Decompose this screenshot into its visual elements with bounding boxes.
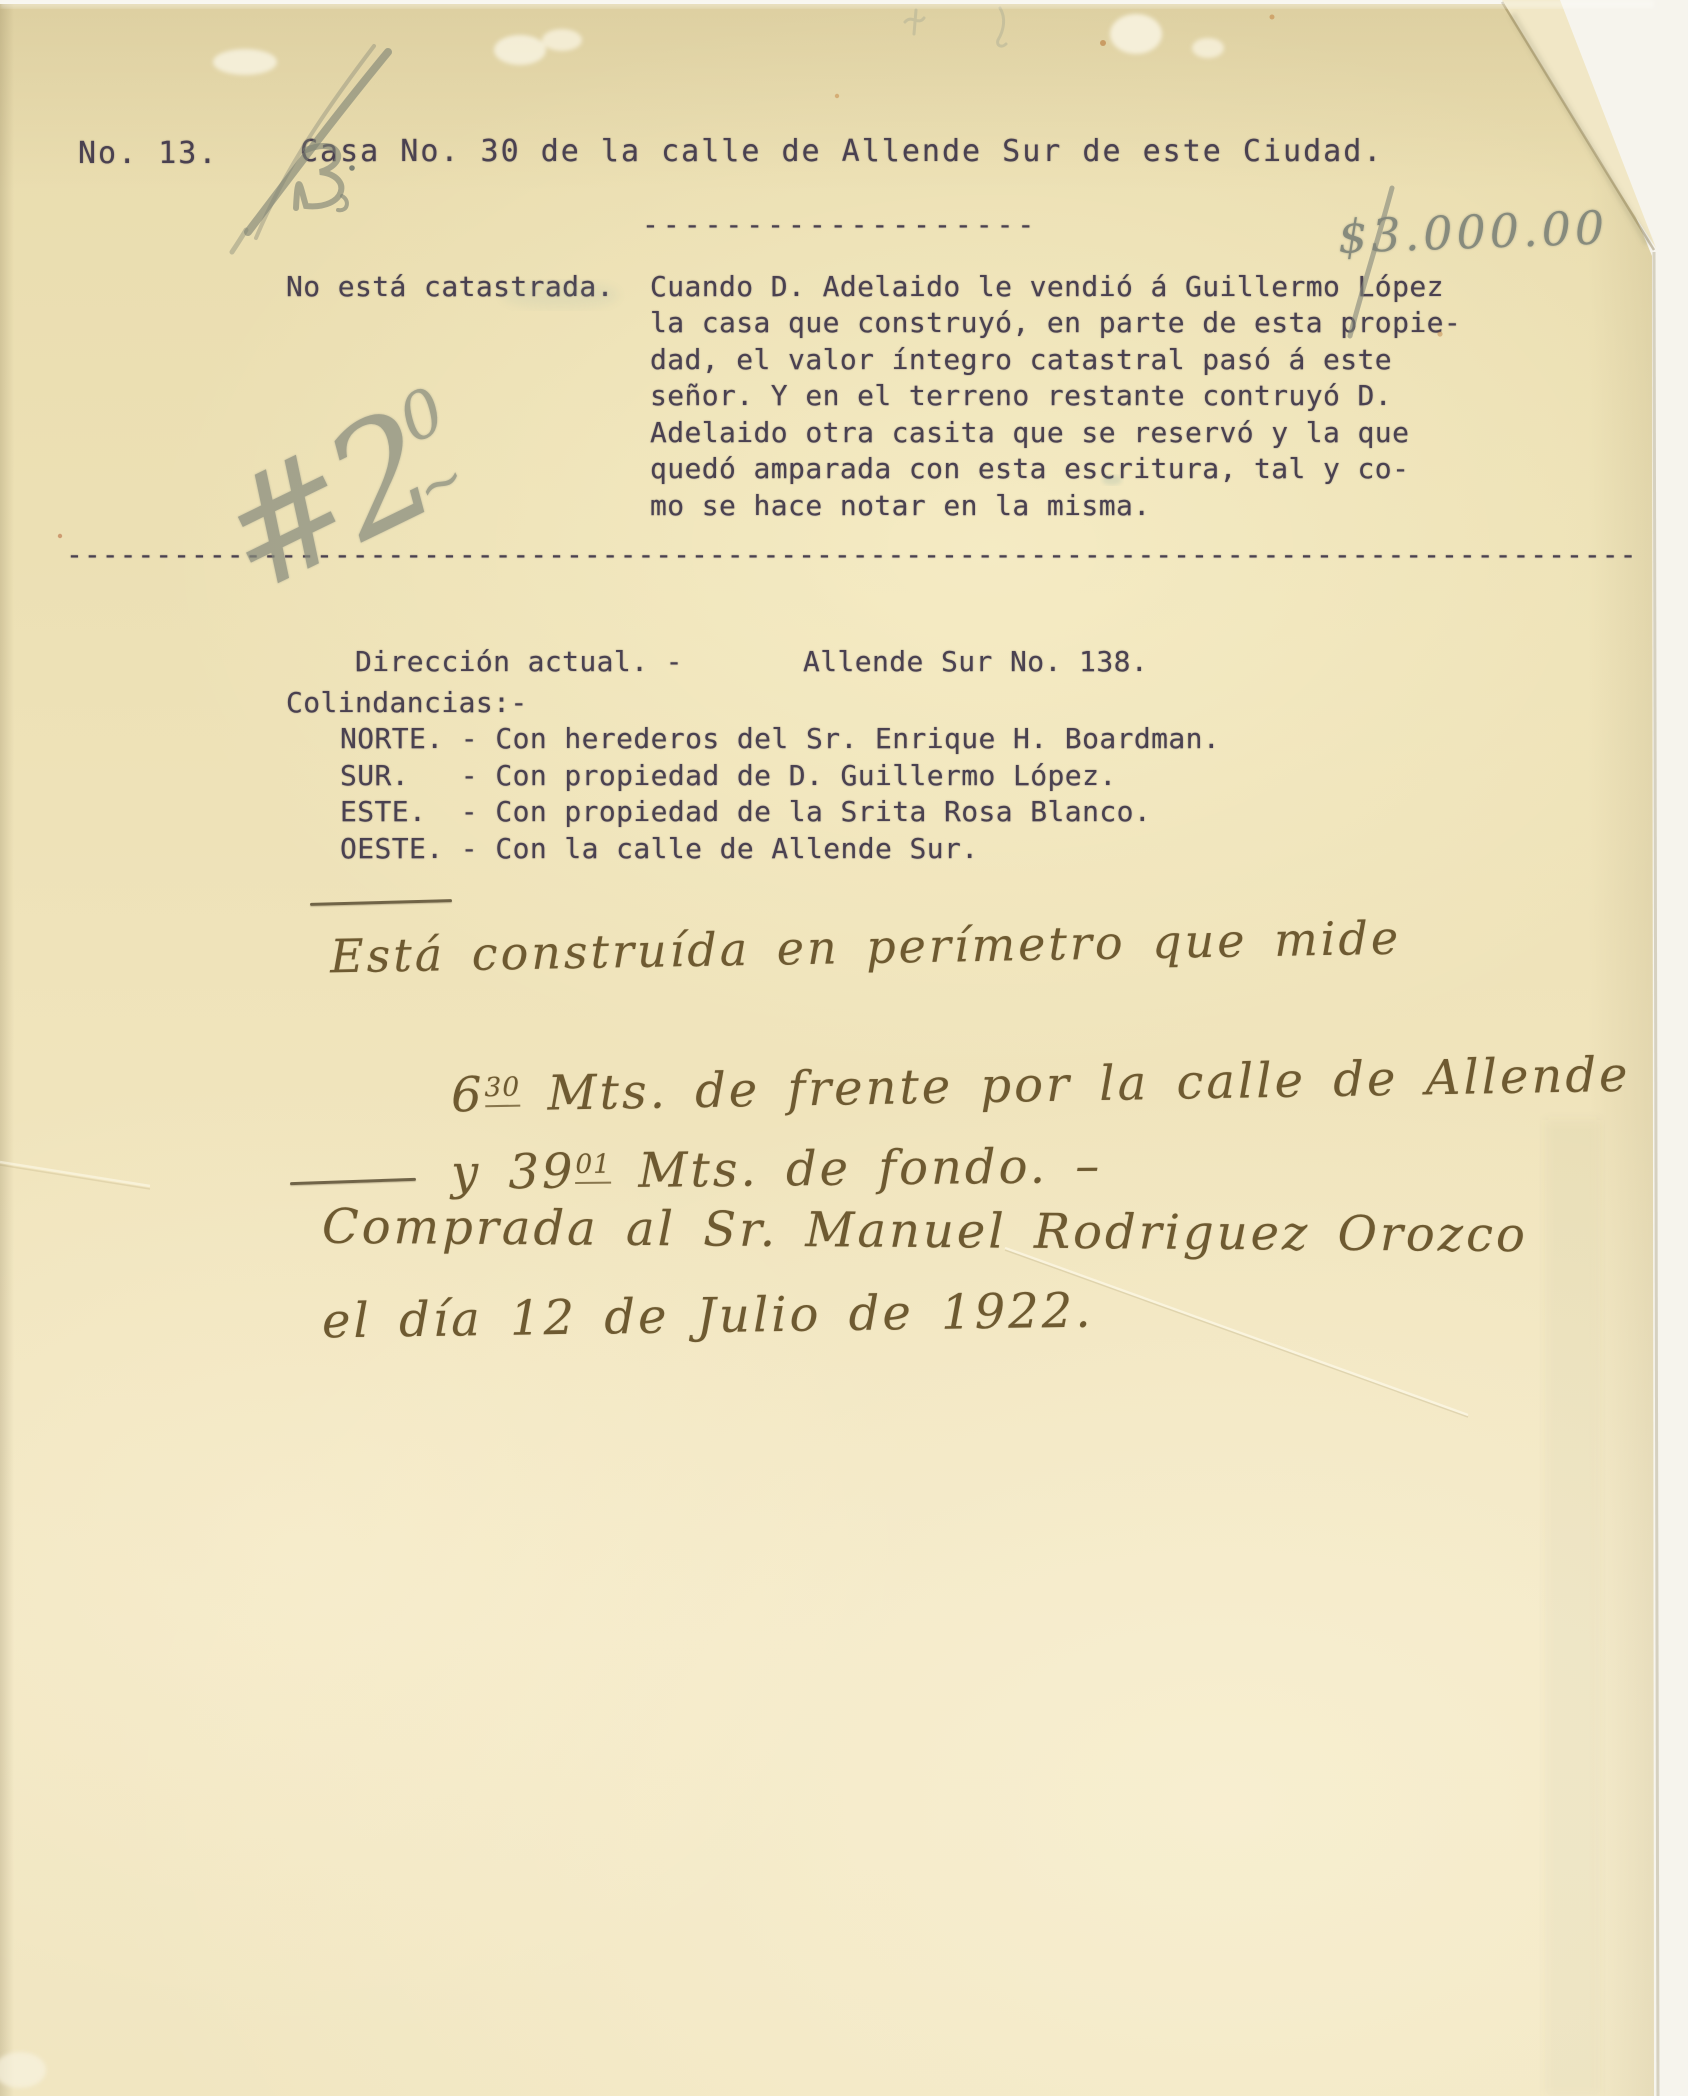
paragraph-line: quedó amparada con esta escritura, tal y… [650, 452, 1409, 485]
paragraph-line: Cuando D. Adelaido le vendió á Guillermo… [650, 270, 1444, 303]
paragraph-line: la casa que construyó, en parte de esta … [650, 306, 1461, 339]
depth-text: Mts. de fondo. – [611, 1138, 1103, 1199]
address-value: Allende Sur No. 138. [803, 645, 1148, 678]
boundary-item-south: SUR. - Con propiedad de D. Guillermo Lóp… [340, 759, 1117, 792]
page-title: Casa No. 30 de la calle de Allende Sur d… [300, 134, 1383, 169]
purchase-note-line-1: Comprada al Sr. Manuel Rodriguez Orozco [322, 1199, 1528, 1263]
boundary-item-west: OESTE. - Con la calle de Allende Sur. [340, 832, 979, 865]
record-number: No. 13. [78, 136, 218, 171]
price-annotation: $3.000.00 [1337, 200, 1609, 263]
paragraph-line: señor. Y en el terreno restante contruyó… [650, 379, 1392, 412]
paragraph-line: dad, el valor íntegro catastral pasó á e… [650, 343, 1392, 376]
paragraph-line: mo se hace notar en la misma. [650, 489, 1150, 522]
title-underline: ------------------- [642, 208, 1038, 241]
paragraph-line: Adelaido otra casita que se reservó y la… [650, 416, 1409, 449]
depth-value: y 39 [451, 1144, 576, 1201]
scanned-page: No. 13. Casa No. 30 de la calle de Allen… [0, 0, 1688, 2096]
boundary-item-north: NORTE. - Con herederos del Sr. Enrique H… [340, 722, 1220, 755]
purchase-note-line-2: el día 12 de Julio de 1922. [322, 1283, 1094, 1350]
boundary-item-east: ESTE. - Con propiedad de la Srita Rosa B… [340, 795, 1151, 828]
depth-decimals: 01 [575, 1149, 611, 1184]
